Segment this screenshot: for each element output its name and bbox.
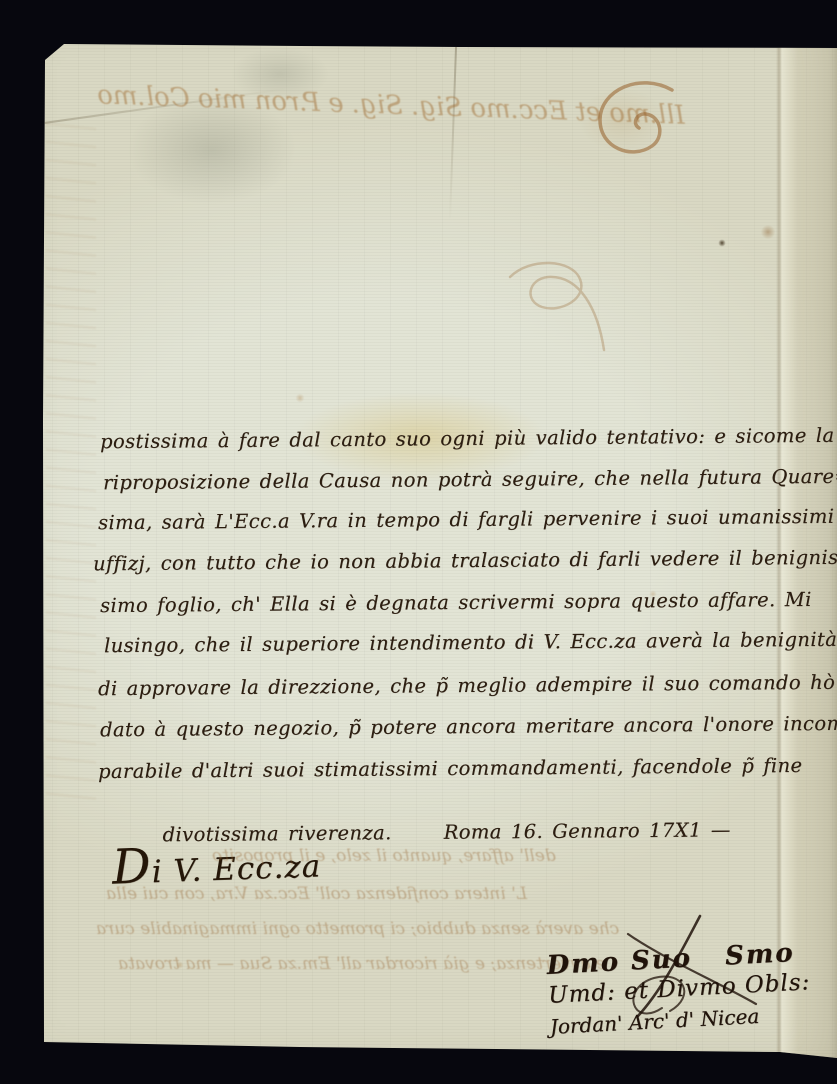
showthrough-line: L' intera confidenza coll' Ecc.za V.ra, … [106, 884, 527, 904]
signature-block: Dmo Suo Smo Umd: et Divmo Obls: Jordan' … [546, 937, 815, 1039]
top-crease [449, 46, 457, 221]
showthrough-line: dell' affare, quanto il zelo, e il propo… [212, 846, 556, 866]
showthrough-line: che averà senza dubbio; ci prometto ogni… [96, 919, 619, 939]
vertical-fold-crease [776, 0, 837, 1084]
letter-line: riproposizione della Causa non potrà seg… [103, 465, 837, 495]
left-margin-showthrough [46, 120, 96, 810]
place-date: Roma 16. Gennaro 17X1 — [444, 818, 731, 844]
photograph-background: Ill.mo et Ecc.mo Sig. Sig. e P.ron mio C… [0, 0, 837, 1084]
letter-line: simo foglio, ch' Ella si è degnata scriv… [100, 588, 812, 617]
letter-line: postissima à fare dal canto suo ogni più… [100, 424, 835, 453]
letter-line: sima, sarà L'Ecc.a V.ra in tempo di farg… [98, 505, 835, 534]
showthrough-address-line: Ill.mo et Ecc.mo Sig. Sig. e P.ron mio C… [180, 83, 686, 131]
letter-line: di approvare la direzzione, che p̃ megli… [98, 671, 835, 700]
letter-sheet: Ill.mo et Ecc.mo Sig. Sig. e P.ron mio C… [0, 0, 837, 1084]
showthrough-line: e avvertenza; e già ricordar all' Em.za … [118, 954, 606, 974]
showthrough-loop-flourish [500, 255, 610, 355]
letter-line: lusingo, che il superiore intendimento d… [104, 628, 837, 657]
letter-line: uffizj, con tutto che io non abbia trala… [93, 546, 837, 576]
letter-line: dato à questo negozio, p̃ potere ancora … [100, 712, 837, 742]
letter-line: parabile d'altri suoi stimatissimi comma… [98, 754, 803, 783]
